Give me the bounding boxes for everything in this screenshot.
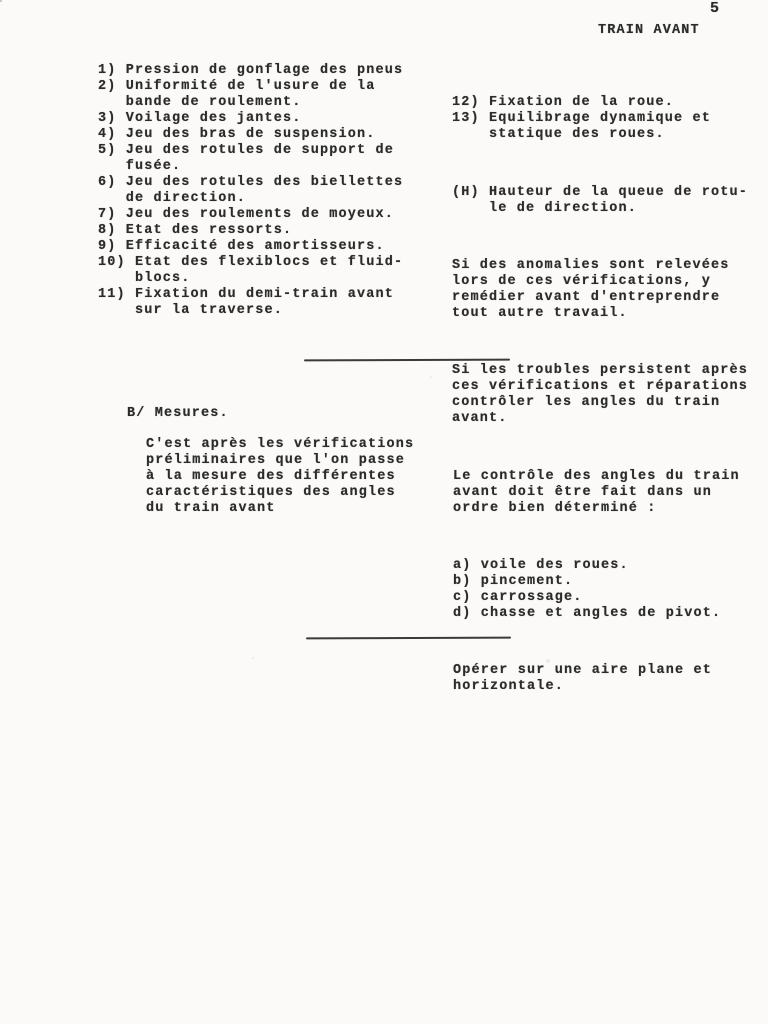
- checklist-left-column: 1) Pression de gonflage des pneus2) Unif…: [98, 63, 403, 319]
- list-item: a) voile des roues.: [453, 558, 740, 574]
- list-item: 11) Fixation du demi-train avant sur la …: [98, 287, 403, 319]
- list-item: 7) Jeu des roulements de moyeux.: [98, 207, 403, 223]
- list-item: 10) Etat des flexiblocs et fluid- blocs.: [98, 255, 403, 287]
- note-anomalies: Si des anomalies sont relevées lors de c…: [452, 258, 748, 322]
- section-b-intro-left: C'est après les vérifications préliminai…: [146, 437, 414, 517]
- section-b-heading: B/ Mesures.: [127, 406, 229, 422]
- list-item: 9) Efficacité des amortisseurs.: [98, 239, 403, 255]
- checklist-right-items: 12) Fixation de la roue.13) Equilibrage …: [452, 95, 748, 143]
- list-item: 6) Jeu des rotules des biellettes de dir…: [98, 175, 403, 207]
- list-item: 5) Jeu des rotules de support de fusée.: [98, 143, 403, 175]
- list-item: d) chasse et angles de pivot.: [453, 606, 740, 622]
- page-title: TRAIN AVANT: [598, 23, 700, 39]
- page-number: 5: [710, 1, 720, 17]
- list-item: 12) Fixation de la roue.: [452, 95, 748, 111]
- section-b-right-column: Le contrôle des angles du train avant do…: [453, 437, 740, 727]
- note-troubles: Si les troubles persistent après ces vér…: [452, 363, 748, 427]
- list-item: 13) Equilibrage dynamique et statique de…: [452, 111, 748, 143]
- list-item: c) carrossage.: [453, 590, 740, 606]
- list-item: 8) Etat des ressorts.: [98, 223, 403, 239]
- list-item: 3) Voilage des jantes.: [98, 111, 403, 127]
- list-item: b) pincement.: [453, 574, 740, 590]
- list-item: 2) Uniformité de l'usure de la bande de …: [98, 79, 403, 111]
- section-b-intro-right: Le contrôle des angles du train avant do…: [453, 469, 740, 517]
- checklist-right-column: 12) Fixation de la roue.13) Equilibrage …: [452, 63, 748, 459]
- list-item: 4) Jeu des bras de suspension.: [98, 127, 403, 143]
- scanned-page: 5 TRAIN AVANT 1) Pression de gonflage de…: [0, 0, 768, 1024]
- list-item: 1) Pression de gonflage des pneus: [98, 63, 403, 79]
- section-b-closing: Opérer sur une aire plane et horizontale…: [453, 663, 740, 695]
- height-item: (H) Hauteur de la queue de rotu- le de d…: [452, 185, 748, 217]
- list-item: (H) Hauteur de la queue de rotu- le de d…: [452, 185, 748, 217]
- section-b-steps: a) voile des roues.b) pincement.c) carro…: [453, 558, 740, 622]
